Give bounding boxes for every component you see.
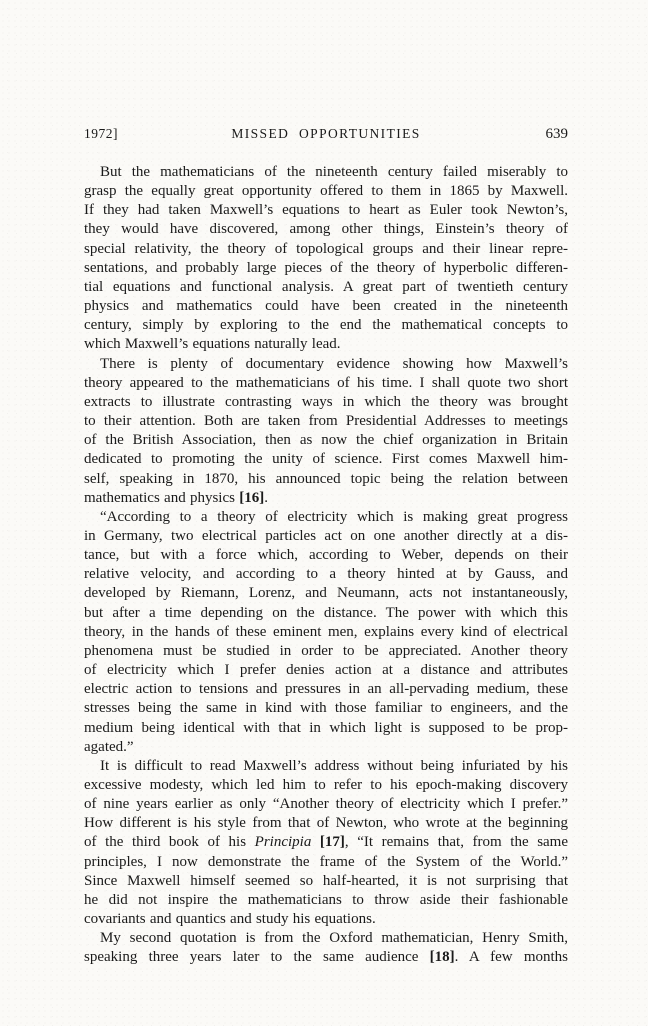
text-line: mathematics and physics [16]. [84, 489, 568, 508]
text-line: century, simply by exploring to the end … [84, 316, 568, 335]
text-line: How different is his style from that of … [84, 814, 568, 833]
text-line: excessive modesty, which led him to refe… [84, 776, 568, 795]
text-line: tance, but with a force which, according… [84, 546, 568, 565]
text-line: sentations, and probably large pieces of… [84, 259, 568, 278]
text-line: principles, I now demonstrate the frame … [84, 853, 568, 872]
text-line: he did not inspire the mathematicians to… [84, 891, 568, 910]
text-line: of electricity which I prefer denies act… [84, 661, 568, 680]
text-line: electric action to tensions and pressure… [84, 680, 568, 699]
paragraph: It is difficult to read Maxwell’s addres… [84, 757, 568, 929]
text-line: It is difficult to read Maxwell’s addres… [84, 757, 568, 776]
text-line: theory appeared to the mathematicians of… [84, 374, 568, 393]
text-line: but after a time depending on the distan… [84, 604, 568, 623]
text-line: medium being identical with that in whic… [84, 719, 568, 738]
text-line: which Maxwell’s equations naturally lead… [84, 335, 568, 354]
text-line: phenomena must be studied in order to be… [84, 642, 568, 661]
text-line: theory, in the hands of these eminent me… [84, 623, 568, 642]
text-line: in Germany, two electrical particles act… [84, 527, 568, 546]
text-line: agated.” [84, 738, 568, 757]
citation-reference: [16] [239, 490, 264, 506]
text-line: There is plenty of documentary evidence … [84, 355, 568, 374]
text-line: physics and mathematics could have been … [84, 297, 568, 316]
header-title: MISSED OPPORTUNITIES [194, 126, 458, 142]
text-line: My second quotation is from the Oxford m… [84, 929, 568, 948]
paragraph: There is plenty of documentary evidence … [84, 355, 568, 508]
text-line: stresses being the same in kind with tho… [84, 699, 568, 718]
book-title-italic: Principia [255, 834, 312, 850]
page-body: But the mathematicians of the nineteenth… [84, 163, 568, 968]
text-line: covariants and quantics and study his eq… [84, 910, 568, 929]
text-line: tial equations and functional analysis. … [84, 278, 568, 297]
text-line: special relativity, the theory of topolo… [84, 240, 568, 259]
text-line: relative velocity, and according to a th… [84, 565, 568, 584]
text-line: self, speaking in 1870, his announced to… [84, 470, 568, 489]
text-line: Since Maxwell himself seemed so half-hea… [84, 872, 568, 891]
text-line: they would have discovered, among other … [84, 220, 568, 239]
citation-reference: [17] [320, 834, 345, 850]
paragraph: “According to a theory of electricity wh… [84, 508, 568, 757]
text-line: to their attention. Both are taken from … [84, 412, 568, 431]
header-page-number: 639 [458, 126, 568, 143]
text-line: speaking three years later to the same a… [84, 948, 568, 967]
text-line: “According to a theory of electricity wh… [84, 508, 568, 527]
paragraph: My second quotation is from the Oxford m… [84, 929, 568, 967]
paragraph: But the mathematicians of the nineteenth… [84, 163, 568, 355]
text-line: extracts to illustrate contrasting ways … [84, 393, 568, 412]
text-line: developed by Riemann, Lorenz, and Neuman… [84, 584, 568, 603]
text-line: If they had taken Maxwell’s equations to… [84, 201, 568, 220]
text-line: of the third book of his Principia [17],… [84, 833, 568, 852]
text-line: grasp the equally great opportunity offe… [84, 182, 568, 201]
text-line: But the mathematicians of the nineteenth… [84, 163, 568, 182]
text-line: of the British Association, then as now … [84, 431, 568, 450]
text-line: of nine years earlier as only “Another t… [84, 795, 568, 814]
page-header: 1972] MISSED OPPORTUNITIES 639 [84, 126, 568, 143]
citation-reference: [18] [430, 949, 455, 965]
header-year: 1972] [84, 126, 194, 142]
text-line: dedicated to promoting the unity of scie… [84, 450, 568, 469]
scanned-page: 1972] MISSED OPPORTUNITIES 639 But the m… [0, 0, 648, 1026]
